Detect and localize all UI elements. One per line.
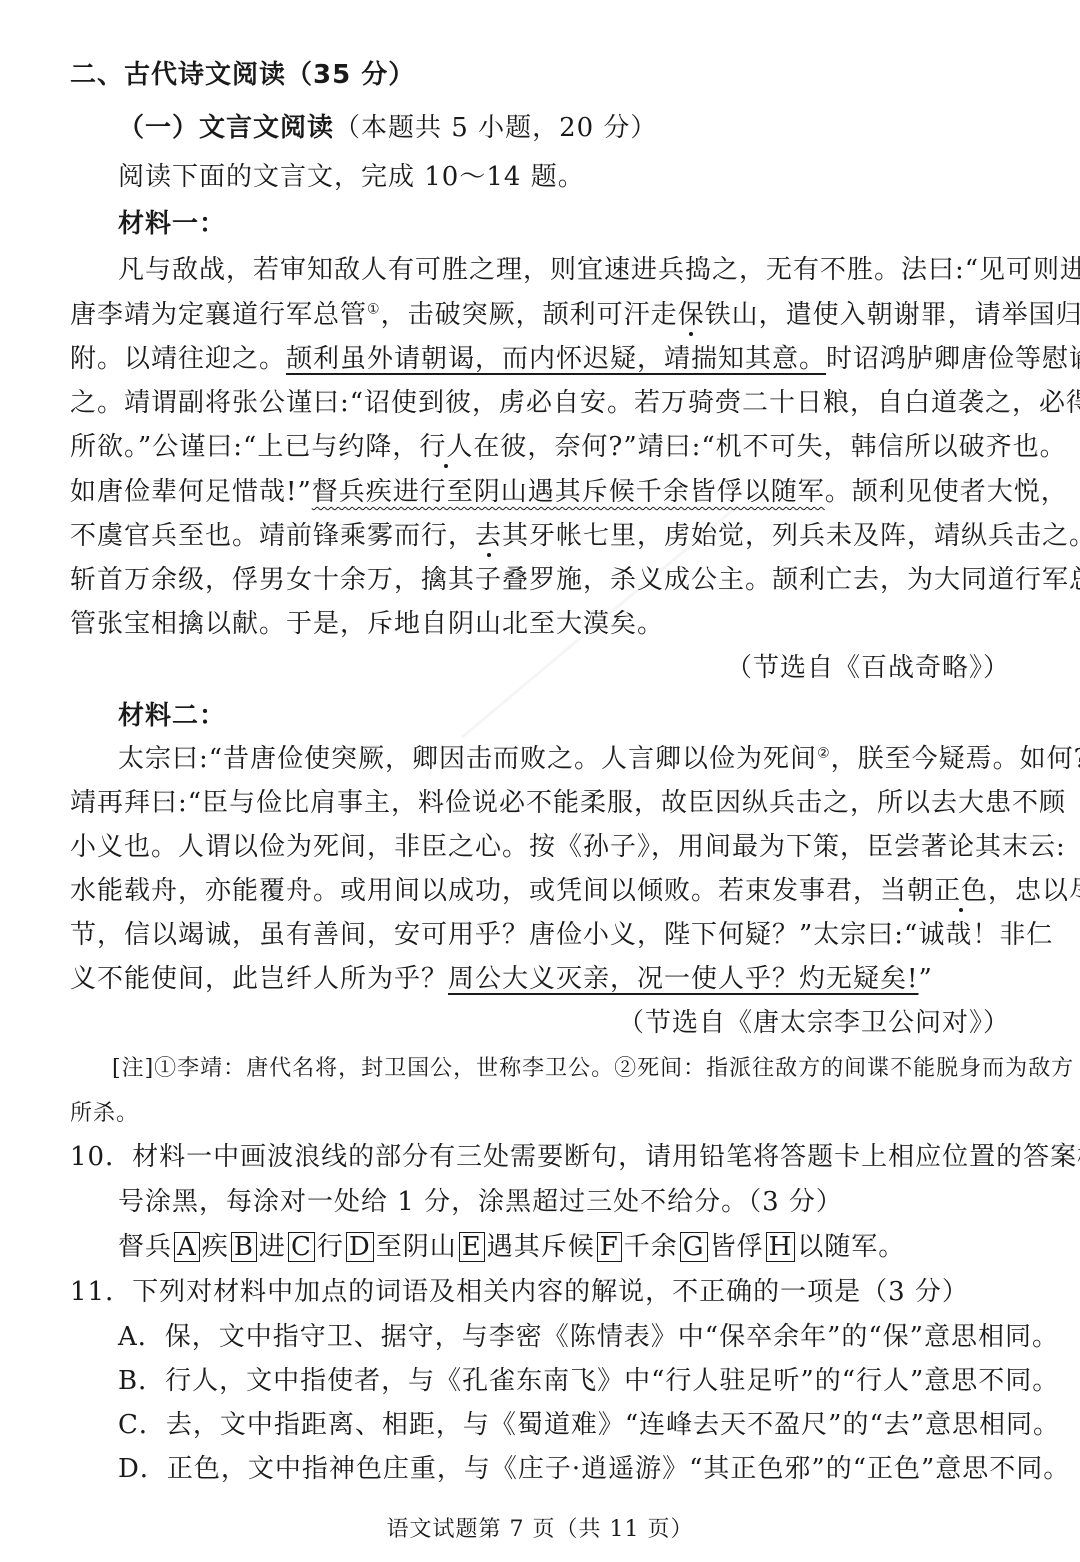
- exam-page: 二、古代诗文阅读（35 分） （一）文言文阅读（本题共 5 小题，20 分） 阅…: [0, 0, 1080, 1562]
- question-10-segmentation: 督兵A疾B进C行D至阴山E遇其斥候F千余G皆俘H以随军。: [118, 1230, 905, 1264]
- material2-label: 材料二：: [118, 699, 226, 733]
- emphasis-word: 行人: [419, 432, 473, 462]
- material2-line: 节，信以竭诚，虽有善间，安可用乎？唐俭小义，陛下何疑？”太宗曰:“诚哉！非仁: [70, 918, 1053, 952]
- question-number: 10．: [70, 1142, 132, 1172]
- underlined-sentence: 颉利虽外请朝谒，而内怀迟疑，靖揣知其意。: [286, 344, 826, 374]
- material1-line: 斩首万余级，俘男女十余万，擒其子叠罗施，杀义成公主。颉利亡去，为大同道行军总: [70, 563, 1080, 597]
- underlined-sentence: 周公大义灭亲，况一使人乎？灼无疑矣!: [448, 964, 918, 994]
- material1-line: 管张宝相擒以献。于是，斥地自阴山北至大漠矣。: [70, 607, 664, 641]
- material1-line: 唐李靖为定襄道行军总管①，击破突厥，颉利可汗走保铁山，遣使入朝谢罪，请举国归: [70, 298, 1080, 332]
- page-footer: 语文试题第 7 页（共 11 页）: [0, 1513, 1080, 1547]
- subsection-title-note: （本题共 5 小题，20 分）: [334, 113, 657, 143]
- answer-box-g[interactable]: G: [680, 1232, 708, 1262]
- question-10: 10．材料一中画波浪线的部分有三处需要断句，请用铅笔将答题卡上相应位置的答案标: [70, 1140, 1080, 1174]
- material2-line: 太宗曰:“昔唐俭使突厥，卿因击而败之。人言卿以俭为死间②，朕至今疑焉。如何?”: [118, 742, 1080, 776]
- option-d[interactable]: D．正色，文中指神色庄重，与《庄子·逍遥游》“其正色邪”的“正色”意思不同。: [118, 1452, 1070, 1486]
- option-c[interactable]: C．去，文中指距离、相距，与《蜀道难》“连峰去天不盈尺”的“去”意思相同。: [118, 1408, 1060, 1442]
- material1-line: 不虞官兵至也。靖前锋乘雾而行，去其牙帐七里，虏始觉，列兵未及阵，靖纵兵击之。: [70, 519, 1080, 553]
- material1-line: 如唐俭辈何足惜哉!”督兵疾进行至阴山遇其斥候千余皆俘以随军。颉利见使者大悦，: [70, 475, 1068, 509]
- material2-line: 靖再拜曰:“臣与俭比肩事主，料俭说必不能柔服，故臣因纵兵击之，所以去大患不顾: [70, 786, 1066, 820]
- material2-source: （节选自《唐太宗李卫公问对》）: [618, 1006, 1010, 1040]
- footnote-ref-2: ②: [817, 745, 831, 761]
- material1-line: 所欲。”公谨曰:“上已与约降，行人在彼，奈何?”靖曰:“机不可失，韩信所以破齐也…: [70, 430, 1067, 464]
- answer-box-h[interactable]: H: [766, 1232, 796, 1262]
- material2-line: 水能载舟，亦能覆舟。或用间以成功，或凭间以倾败。若束发事君，当朝正色，忠以尽: [70, 874, 1080, 908]
- material1-label: 材料一：: [118, 207, 226, 241]
- answer-box-d[interactable]: D: [346, 1232, 374, 1262]
- material1-line: 附。以靖往迎之。颉利虽外请朝谒，而内怀迟疑，靖揣知其意。时诏鸿胪卿唐俭等慰谕: [70, 342, 1080, 376]
- answer-box-a[interactable]: A: [174, 1232, 200, 1262]
- answer-box-c[interactable]: C: [288, 1232, 315, 1262]
- emphasis-word: 去: [475, 521, 502, 551]
- emphasis-word: 正色: [934, 876, 988, 906]
- question-10-cont: 号涂黑，每涂对一处给 1 分，涂黑超过三处不给分。（3 分）: [118, 1185, 843, 1219]
- option-b[interactable]: B．行人，文中指使者，与《孔雀东南飞》中“行人驻足听”的“行人”意思不同。: [118, 1364, 1059, 1398]
- question-11: 11．下列对材料中加点的词语及相关内容的解说，不正确的一项是（3 分）: [70, 1275, 969, 1309]
- answer-box-b[interactable]: B: [231, 1232, 257, 1262]
- wavy-underlined-sentence: 督兵疾进行至阴山遇其斥候千余皆俘以随军: [312, 477, 825, 507]
- footnote-ref-1: ①: [367, 301, 381, 317]
- material2-line: 小义也。人谓以俭为死间，非臣之心。按《孙子》，用间最为下策，臣尝著论其末云:: [70, 830, 1066, 864]
- emphasis-word: 保: [678, 300, 705, 330]
- material1-source: （节选自《百战奇略》）: [726, 651, 1010, 685]
- material2-line: 义不能使间，此岂纤人所为乎？周公大义灭亲，况一使人乎？灼无疑矣!”: [70, 962, 933, 996]
- answer-box-e[interactable]: E: [459, 1232, 485, 1262]
- annotation-note-cont: 所杀。: [70, 1097, 139, 1131]
- annotation-note: [注]①李靖：唐代名将，封卫国公，世称李卫公。②死间：指派往敌方的间谍不能脱身而…: [112, 1052, 1074, 1086]
- section-title: 二、古代诗文阅读（35 分）: [70, 58, 415, 92]
- answer-box-f[interactable]: F: [597, 1232, 622, 1262]
- material1-line: 凡与敌战，若审知敌人有可胜之理，则宜速进兵捣之，无有不胜。法曰:“见可则进。”: [118, 253, 1080, 287]
- subsection-title-bold: （一）文言文阅读: [118, 113, 334, 143]
- instruction: 阅读下面的文言文，完成 10～14 题。: [118, 160, 585, 194]
- subsection-title: （一）文言文阅读（本题共 5 小题，20 分）: [118, 111, 657, 145]
- question-number: 11．: [70, 1277, 132, 1307]
- material1-line: 之。靖谓副将张公谨曰:“诏使到彼，虏必自安。若万骑赍二十日粮，自白道袭之，必得: [70, 386, 1080, 420]
- option-a[interactable]: A．保，文中指守卫、据守，与李密《陈情表》中“保卒余年”的“保”意思相同。: [118, 1320, 1059, 1354]
